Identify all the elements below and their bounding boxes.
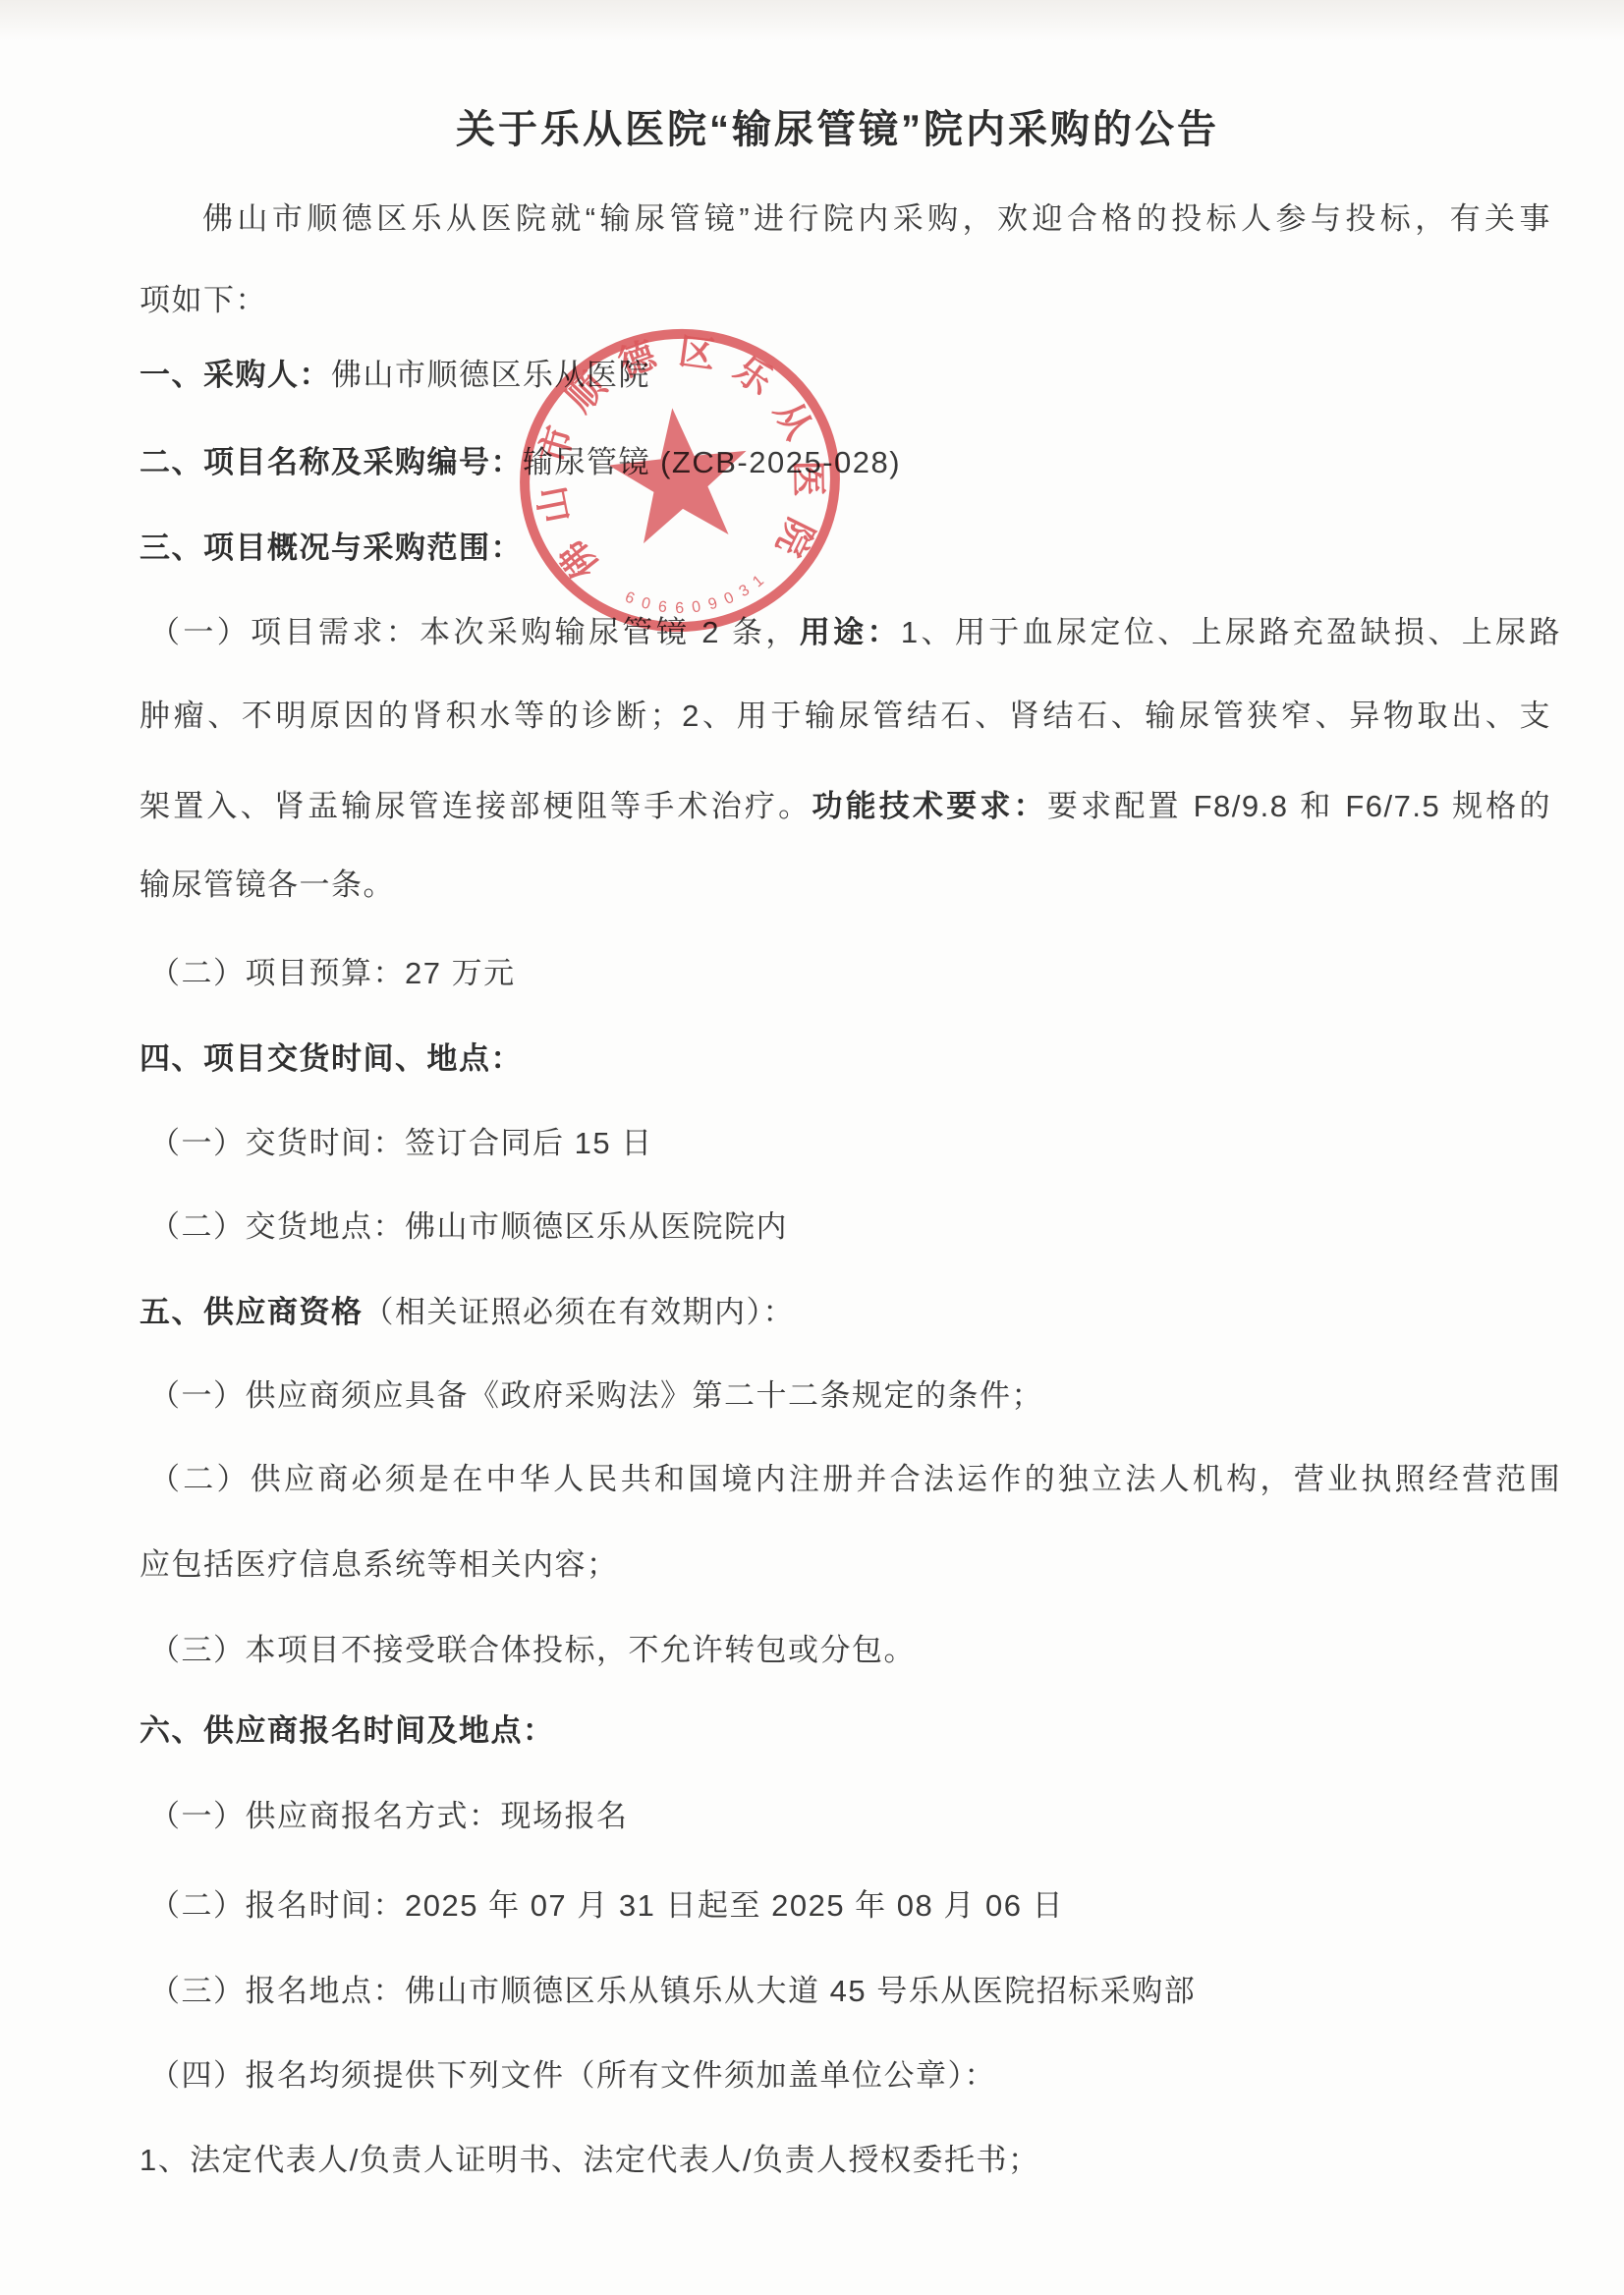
qualification-line-2b: 应包括医疗信息系统等相关内容； xyxy=(140,1541,1551,1588)
section-2-label: 二、项目名称及采购编号： xyxy=(140,445,523,479)
document-page: { "page": { "title": "关于乐从医院“输尿管镜”院内采购的公… xyxy=(0,0,1624,2295)
section-2-value: 输尿管镜 (ZCB-2025-028) xyxy=(523,445,901,479)
intro-line-2: 项如下： xyxy=(140,277,1551,323)
intro-line-1: 佛山市顺德区乐从医院就“输尿管镜”进行院内采购，欢迎合格的投标人参与投标，有关事 xyxy=(140,196,1551,242)
section-5-heading: 五、供应商资格（相关证照必须在有效期内）： xyxy=(140,1289,1551,1335)
delivery-place-line: （二）交货地点：佛山市顺德区乐从医院院内 xyxy=(149,1203,1561,1250)
need-line-1-usage-label: 用途： xyxy=(800,615,901,649)
need-line-1-post: 1、用于血尿定位、上尿路充盈缺损、上尿路 xyxy=(901,615,1561,649)
need-line-2: 肿瘤、不明原因的肾积水等的诊断；2、用于输尿管结石、肾结石、输尿管狭窄、异物取出… xyxy=(140,693,1551,739)
qualification-line-2a: （二）供应商必须是在中华人民共和国境内注册并合法运作的独立法人机构，营业执照经营… xyxy=(149,1456,1561,1502)
need-line-4: 输尿管镜各一条。 xyxy=(140,862,1551,908)
section-1-label: 一、采购人： xyxy=(140,358,331,392)
need-line-1-pre: （一）项目需求：本次采购输尿管镜 2 条， xyxy=(149,615,800,649)
budget-line: （二）项目预算：27 万元 xyxy=(149,950,1561,996)
need-line-3-tech-label: 功能技术要求： xyxy=(812,789,1047,823)
qualification-line-3: （三）本项目不接受联合体投标，不允许转包或分包。 xyxy=(149,1627,1561,1673)
section-5-note: （相关证照必须在有效期内）： xyxy=(364,1295,796,1329)
need-line-1: （一）项目需求：本次采购输尿管镜 2 条，用途：1、用于血尿定位、上尿路充盈缺损… xyxy=(149,609,1561,655)
need-line-3: 架置入、肾盂输尿管连接部梗阻等手术治疗。功能技术要求：要求配置 F8/9.8 和… xyxy=(140,783,1551,829)
signup-time-line: （二）报名时间：2025 年 07 月 31 日起至 2025 年 08 月 0… xyxy=(149,1882,1561,1929)
section-3-heading: 三、项目概况与采购范围： xyxy=(140,525,1551,571)
section-6-heading: 六、供应商报名时间及地点： xyxy=(140,1707,1551,1754)
qualification-line-1: （一）供应商须应具备《政府采购法》第二十二条规定的条件； xyxy=(149,1372,1561,1419)
signup-place-line: （三）报名地点：佛山市顺德区乐从镇乐从大道 45 号乐从医院招标采购部 xyxy=(149,1968,1561,2014)
section-2-project-name: 二、项目名称及采购编号：输尿管镜 (ZCB-2025-028) xyxy=(140,439,1551,485)
section-1-purchaser: 一、采购人：佛山市顺德区乐从医院 xyxy=(140,352,1551,398)
signup-method-line: （一）供应商报名方式：现场报名 xyxy=(149,1793,1561,1839)
signup-docs-sub1: 1、法定代表人/负责人证明书、法定代表人/负责人授权委托书； xyxy=(140,2137,1551,2183)
need-line-3-pre: 架置入、肾盂输尿管连接部梗阻等手术治疗。 xyxy=(140,789,812,823)
scan-edge-shading xyxy=(0,0,1624,41)
need-line-3-post: 要求配置 F8/9.8 和 F6/7.5 规格的 xyxy=(1047,789,1551,823)
delivery-time-line: （一）交货时间：签订合同后 15 日 xyxy=(149,1120,1561,1166)
signup-docs-line: （四）报名均须提供下列文件（所有文件须加盖单位公章）： xyxy=(149,2052,1561,2099)
page-title: 关于乐从医院“输尿管镜”院内采购的公告 xyxy=(51,98,1624,154)
section-1-value: 佛山市顺德区乐从医院 xyxy=(331,358,650,392)
section-4-heading: 四、项目交货时间、地点： xyxy=(140,1036,1551,1082)
section-5-label: 五、供应商资格 xyxy=(140,1295,364,1329)
